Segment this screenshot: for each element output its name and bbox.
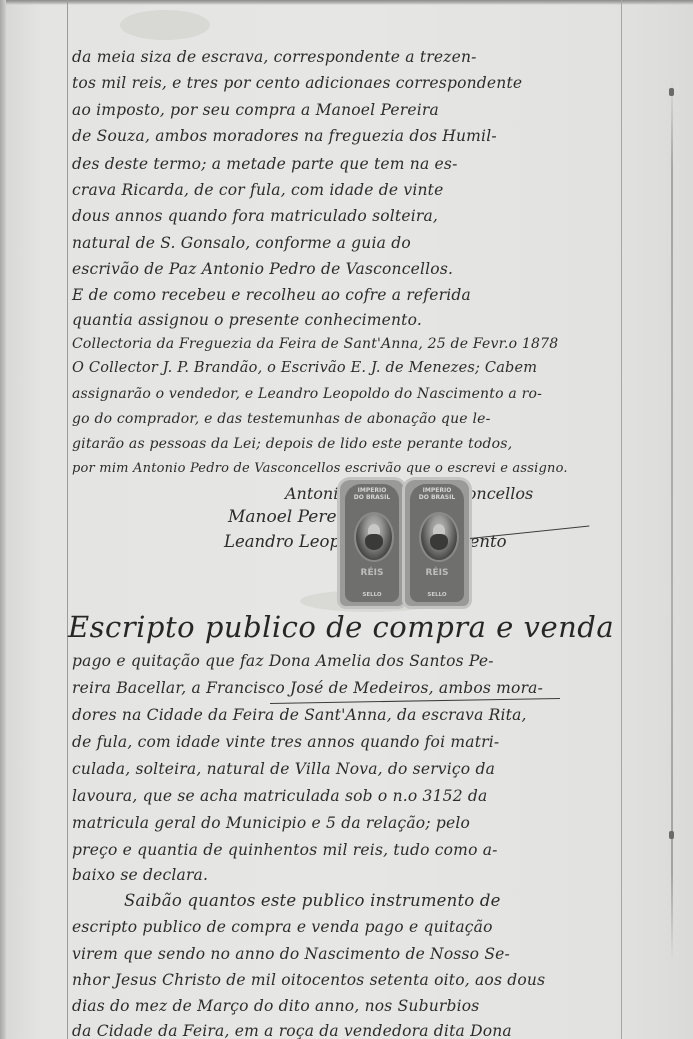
text-line: quantia assignou o presente conhecimento… bbox=[72, 311, 422, 329]
text-line: lavoura, que se acha matriculada sob o n… bbox=[72, 787, 488, 805]
text-line: escrivão de Paz Antonio Pedro de Vasconc… bbox=[72, 260, 453, 278]
portrait-beard bbox=[365, 534, 383, 550]
text-line: E de como recebeu e recolheu ao cofre a … bbox=[72, 286, 471, 304]
stamp-header-line: DO BRASIL bbox=[410, 494, 464, 501]
text-line: baixo se declara. bbox=[72, 866, 208, 884]
text-line: nhor Jesus Christo de mil oitocentos set… bbox=[72, 971, 545, 989]
text-line: go do comprador, e das testemunhas de ab… bbox=[72, 411, 491, 427]
page-left-edge bbox=[0, 0, 6, 1039]
text-line: O Collector J. P. Brandão, o Escrivão E.… bbox=[72, 360, 537, 376]
text-line: dias do mez de Março do dito anno, nos S… bbox=[72, 997, 479, 1015]
text-line: preço e quantia de quinhentos mil reis, … bbox=[72, 841, 498, 859]
stamp-header: IMPERIO DO BRASIL bbox=[410, 487, 464, 501]
text-line: des deste termo; a metade parte que tem … bbox=[72, 155, 458, 173]
text-line: reira Bacellar, a Francisco José de Mede… bbox=[72, 679, 543, 697]
text-line: gitarão as pessoas da Lei; depois de lid… bbox=[72, 436, 512, 452]
text-line: tos mil reis, e tres por cento adicionae… bbox=[72, 74, 522, 92]
portrait-beard bbox=[430, 534, 448, 550]
text-line: da meia siza de escrava, correspondente … bbox=[72, 48, 477, 66]
text-line: assignarão o vendedor, e Leandro Leopold… bbox=[72, 386, 542, 402]
page-top-edge bbox=[0, 0, 693, 5]
stamp-value: RÉIS bbox=[410, 568, 464, 578]
binding-thread-knot bbox=[669, 831, 674, 839]
stamp-frame: IMPERIO DO BRASIL RÉIS SELLO bbox=[345, 484, 399, 602]
text-line: virem que sendo no anno do Nascimento de… bbox=[72, 945, 510, 963]
text-line: da Cidade da Feira, em a roça da vendedo… bbox=[72, 1022, 512, 1039]
revenue-stamp: IMPERIO DO BRASIL RÉIS SELLO bbox=[340, 480, 404, 606]
stamp-header: IMPERIO DO BRASIL bbox=[345, 487, 399, 501]
stamp-value: RÉIS bbox=[345, 568, 399, 578]
flourish-stroke bbox=[270, 698, 560, 704]
stamp-header-line: IMPERIO bbox=[345, 487, 399, 494]
paragraph-opening: Saibão quantos este publico instrumento … bbox=[124, 891, 501, 910]
text-line: matricula geral do Municipio e 5 da rela… bbox=[72, 814, 470, 832]
text-line: natural de S. Gonsalo, conforme a guia d… bbox=[72, 234, 411, 252]
right-margin-rule bbox=[621, 0, 622, 1039]
stamp-frame: IMPERIO DO BRASIL RÉIS SELLO bbox=[410, 484, 464, 602]
binding-fold bbox=[671, 80, 673, 960]
text-line: crava Ricarda, de cor fula, com idade de… bbox=[72, 181, 443, 199]
text-line: dous annos quando fora matriculado solte… bbox=[72, 207, 438, 225]
stamp-header-line: DO BRASIL bbox=[345, 494, 399, 501]
text-line: culada, solteira, natural de Villa Nova,… bbox=[72, 760, 495, 778]
emperor-portrait-icon bbox=[354, 512, 394, 562]
text-line: de Souza, ambos moradores na freguezia d… bbox=[72, 127, 497, 145]
scanned-document-page: da meia siza de escrava, correspondente … bbox=[0, 0, 693, 1039]
deed-title: Escripto publico de compra e venda bbox=[68, 610, 614, 644]
text-line: por mim Antonio Pedro de Vasconcellos es… bbox=[72, 461, 568, 476]
stamp-footer: SELLO bbox=[410, 592, 464, 598]
text-line: escripto publico de compra e venda pago … bbox=[72, 918, 493, 936]
binding-thread-knot bbox=[669, 88, 674, 96]
stamp-header-line: IMPERIO bbox=[410, 487, 464, 494]
emperor-portrait-icon bbox=[419, 512, 459, 562]
text-line: pago e quitação que faz Dona Amelia dos … bbox=[72, 652, 494, 670]
paper-stain bbox=[120, 10, 210, 40]
text-line: dores na Cidade da Feira de Sant'Anna, d… bbox=[72, 706, 527, 724]
revenue-stamp: IMPERIO DO BRASIL RÉIS SELLO bbox=[405, 480, 469, 606]
text-line: ao imposto, por seu compra a Manoel Pere… bbox=[72, 101, 439, 119]
stamp-footer: SELLO bbox=[345, 592, 399, 598]
text-line: de fula, com idade vinte tres annos quan… bbox=[72, 733, 499, 751]
left-margin-rule bbox=[67, 0, 68, 1039]
text-line: Collectoria da Freguezia da Feira de San… bbox=[72, 336, 558, 352]
